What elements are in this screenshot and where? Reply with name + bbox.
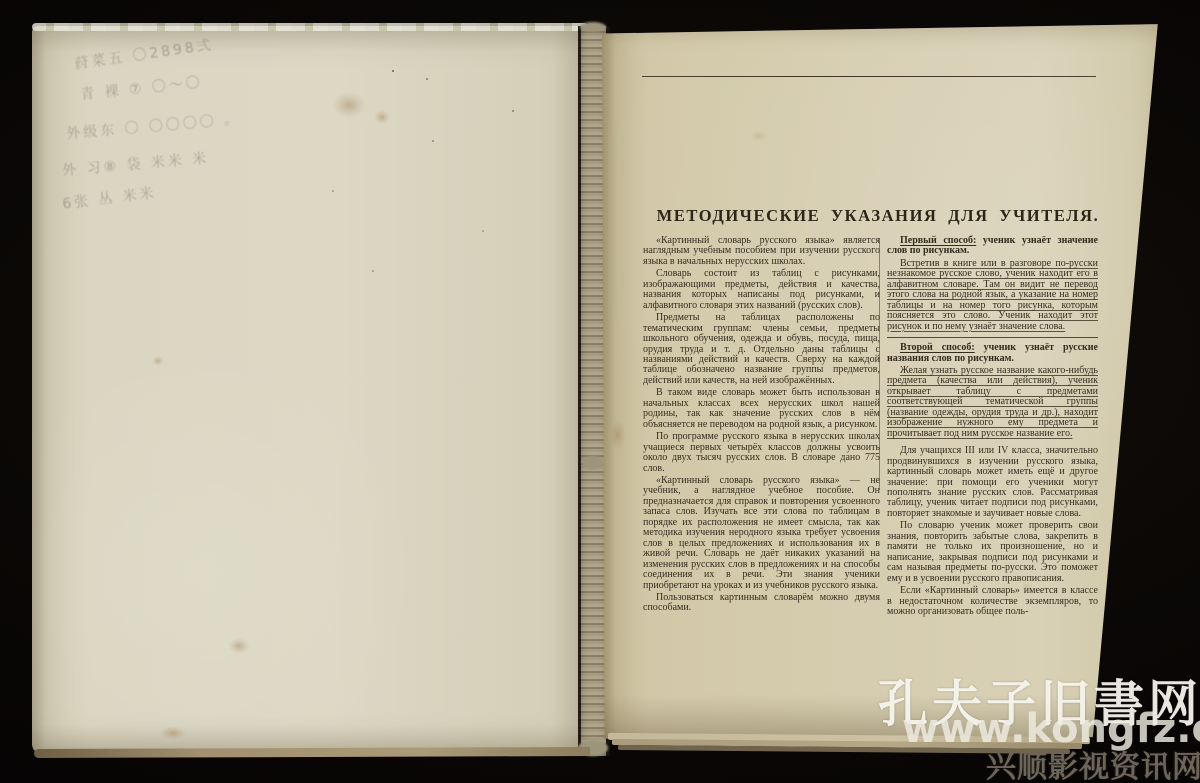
paragraph: По словарю ученик может проверить свои з… xyxy=(887,521,1098,584)
pencil-scribble: 青 裸 ⑦ 〇〜〇 xyxy=(79,72,203,105)
method2-heading: Второй способ: ученик узнаёт русские наз… xyxy=(887,343,1098,364)
paragraph: «Картинный словарь русского языка» являе… xyxy=(643,236,880,267)
stain xyxy=(750,130,768,142)
paragraph: Предметы на таблицах расположены по тема… xyxy=(643,313,880,386)
page-title: МЕТОДИЧЕСКИЕ УКАЗАНИЯ ДЛЯ УЧИТЕЛЯ. xyxy=(640,206,1116,226)
paper-specks xyxy=(392,70,394,72)
paragraph: Пользоваться картинным словарём можно дв… xyxy=(643,593,880,614)
right-text-page: МЕТОДИЧЕСКИЕ УКАЗАНИЯ ДЛЯ УЧИТЕЛЯ. «Карт… xyxy=(600,22,1160,740)
watermark-xingshun: 兴顺影视资讯网 xyxy=(986,742,1200,783)
paragraph: «Картинный словарь русского языка» — не … xyxy=(643,476,880,591)
method2-lead: Второй способ: xyxy=(900,342,975,353)
pencil-scribble: 外 习⑧ 袋 米米 米 xyxy=(61,148,210,181)
stain xyxy=(160,726,186,740)
pencil-scribble: 荮菜五 〇2898弍 xyxy=(73,34,215,73)
stain xyxy=(228,638,250,654)
method2-body: Желая узнать русское название какого-ниб… xyxy=(887,366,1098,439)
pencil-scribble: 6张 丛 米米 xyxy=(61,182,158,213)
stain xyxy=(332,92,366,118)
method1-heading: Первый способ: ученик узнаёт значение сл… xyxy=(887,236,1098,257)
paragraph: Если «Картинный словарь» имеется в класс… xyxy=(887,586,1098,617)
frayed-threads xyxy=(582,456,604,470)
paragraph: Словарь состоит из таблиц с рисунками, и… xyxy=(643,269,880,311)
pencil-scribble: 外级东 〇 〇〇〇〇 。 xyxy=(65,108,241,143)
paragraph: По программе русского языка в нерусских … xyxy=(643,432,880,474)
stain xyxy=(374,110,390,124)
text-column-right: Первый способ: ученик узнаёт значение сл… xyxy=(887,236,1098,619)
header-rule xyxy=(642,76,1096,77)
left-blank-page: 荮菜五 〇2898弍 青 裸 ⑦ 〇〜〇 外级东 〇 〇〇〇〇 。 外 习⑧ 袋… xyxy=(32,26,588,754)
frayed-threads xyxy=(580,22,606,32)
paragraph: В таком виде словарь может быть использо… xyxy=(643,388,880,430)
section-rule xyxy=(887,337,1098,338)
stain xyxy=(610,420,626,450)
book-photo: 荮菜五 〇2898弍 青 裸 ⑦ 〇〜〇 外级东 〇 〇〇〇〇 。 外 习⑧ 袋… xyxy=(0,0,1200,783)
method1-lead: Первый способ: xyxy=(900,235,976,246)
column-divider-rule xyxy=(879,238,880,490)
text-column-left: «Картинный словарь русского языка» являе… xyxy=(643,236,880,616)
torn-paper-edge xyxy=(32,23,588,31)
paragraph: Для учащихся III или IV класса, значител… xyxy=(887,446,1098,519)
stain xyxy=(1020,582,1034,592)
stain xyxy=(152,356,164,366)
method1-body: Встретив в книге или в разговоре по-русс… xyxy=(887,259,1098,332)
cover-bottom-edge xyxy=(34,747,590,758)
